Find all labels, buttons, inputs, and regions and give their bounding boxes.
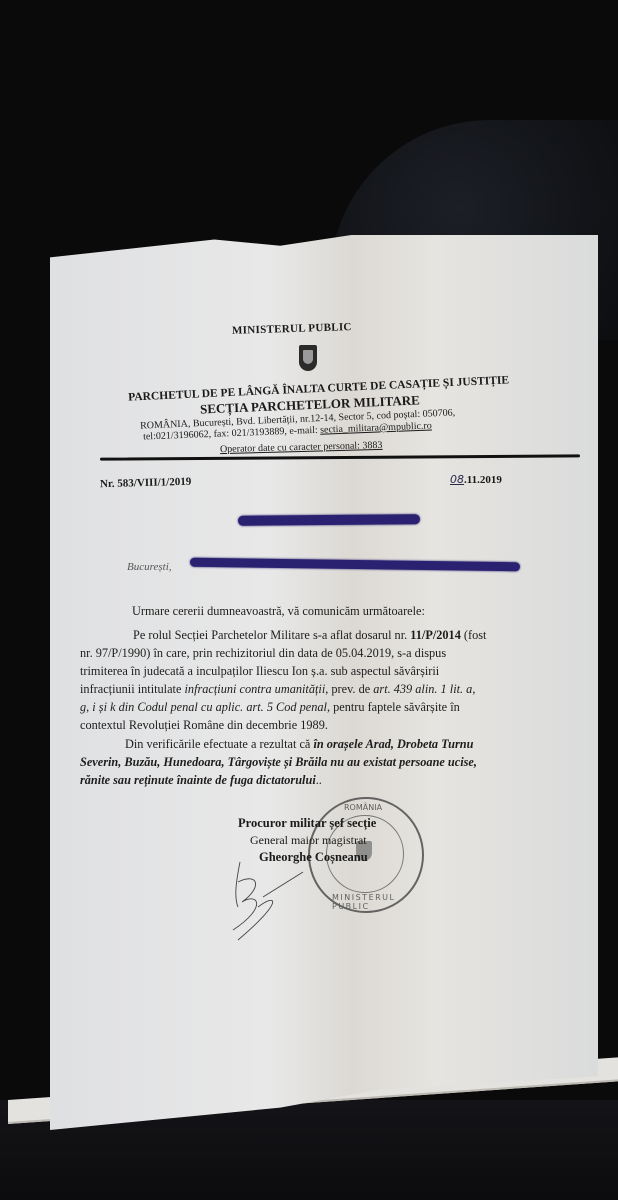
recipient-city: București,	[127, 561, 172, 573]
date-day-handwritten: 08	[450, 473, 464, 486]
text: ..	[316, 773, 322, 787]
letter: MINISTERUL PUBLIC PARCHETUL DE PE LÂNGĂ …	[0, 0, 618, 1200]
text: , prev. de	[325, 682, 373, 696]
signatory-rank: General maior magistrat	[250, 833, 367, 848]
text: infracțiunii intitulate	[80, 682, 185, 696]
body-p1-line2: nr. 97/P/1990) în care, prin rechizitori…	[80, 646, 446, 661]
case-number: 11/P/2014	[410, 628, 461, 642]
body-p1-line1: Pe rolul Secției Parchetelor Militare s-…	[133, 628, 486, 643]
emphasis: în orașele Arad, Drobeta Turnu	[313, 737, 473, 751]
ministry-title: MINISTERUL PUBLIC	[232, 321, 352, 337]
header-divider	[100, 454, 580, 460]
signatory-title: Procuror militar șef secție	[238, 816, 376, 831]
body-p2-line2: Severin, Buzău, Hunedoara, Târgoviște și…	[80, 755, 477, 770]
legal-article: art. 439 alin. 1 lit. a,	[373, 682, 475, 696]
legal-article: g, i și k din Codul penal cu aplic. art.…	[80, 700, 327, 714]
body-p1-line4: infracțiunii intitulate infracțiuni cont…	[80, 682, 475, 697]
handwritten-signature-icon	[228, 852, 308, 942]
reference-number: Nr. 583/VIII/1/2019	[100, 476, 192, 491]
offense-name: infracțiuni contra umanității	[185, 682, 326, 696]
text: (fost	[461, 628, 487, 642]
body-p2-line1: Din verificările efectuate a rezultat că…	[125, 737, 473, 752]
text: Din verificările efectuate a rezultat că	[125, 737, 313, 751]
text: , pentru faptele săvârșite în	[327, 700, 460, 714]
stamp-bottom-text: MINISTERUL PUBLIC	[332, 893, 422, 911]
body-p2-line3: rănite sau reținute înainte de fuga dict…	[80, 773, 322, 788]
emphasis: rănite sau reținute înainte de fuga dict…	[80, 773, 316, 787]
body-p1-line6: contextul Revoluției Române din decembri…	[80, 718, 328, 733]
text: Pe rolul Secției Parchetelor Militare s-…	[133, 628, 410, 642]
date-month-year: .11.2019	[464, 474, 502, 486]
document-date: 08.11.2019	[450, 473, 502, 486]
stamp-top-text: ROMÂNIA	[344, 803, 382, 812]
body-p1-line3: trimiterea în judecată a inculpaților Il…	[80, 664, 439, 679]
coat-of-arms-icon	[299, 345, 317, 371]
body-intro: Urmare cererii dumneavoastră, vă comunic…	[132, 604, 425, 619]
emphasis: Severin, Buzău, Hunedoara, Târgoviște și…	[80, 755, 477, 769]
body-p1-line5: g, i și k din Codul penal cu aplic. art.…	[80, 700, 460, 715]
redacted-recipient-address	[190, 558, 520, 572]
data-operator-line: Operator date cu caracter personal: 3883	[220, 440, 383, 455]
redacted-recipient-name	[238, 514, 420, 526]
